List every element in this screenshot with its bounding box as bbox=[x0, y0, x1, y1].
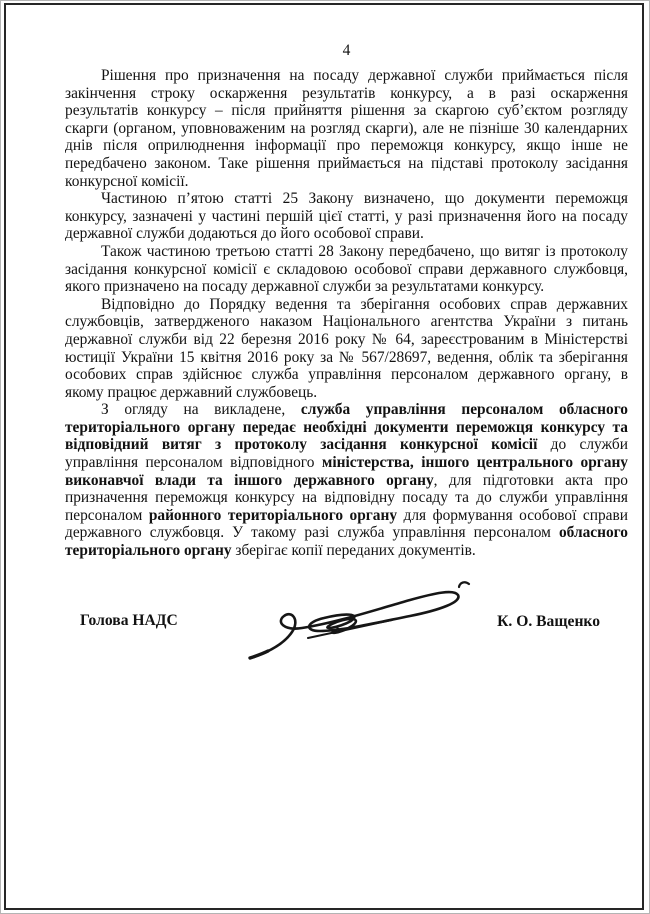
text-run: для формування особової справи bbox=[397, 507, 628, 524]
text-run: З огляду на викладене, bbox=[101, 401, 301, 418]
text-line: Також частиною третьою статті 28 Закону … bbox=[65, 243, 628, 261]
text-run: зберігає копії переданих документів. bbox=[232, 542, 476, 559]
text-line: закінчення строку оскарження результатів… bbox=[65, 85, 628, 103]
text-run: особових справ здійснює служба управлінн… bbox=[65, 366, 628, 383]
text-run: управління персоналом відповідного bbox=[65, 454, 322, 471]
text-line: засідання конкурсної комісії є складовою… bbox=[65, 261, 628, 279]
text-run: Також частиною третьою статті 28 Закону … bbox=[101, 243, 628, 260]
text-line: державного службовця. У такому разі служ… bbox=[65, 524, 628, 542]
text-line: конкурсної комісії. bbox=[65, 173, 628, 191]
text-line: юстиції України 15 квітня 2016 року за №… bbox=[65, 349, 628, 367]
text-line: управління персоналом відповідного мініс… bbox=[65, 454, 628, 472]
text-run: персоналом bbox=[65, 507, 149, 524]
text-line: якого призначено на посаду державної слу… bbox=[65, 278, 628, 296]
text-line: Рішення про призначення на посаду держав… bbox=[65, 67, 628, 85]
bold-run: районного територіального органу bbox=[149, 507, 397, 524]
text-run: передбачено законом. Таке рішення прийма… bbox=[65, 155, 628, 172]
text-line: відповідний витяг з протоколу засідання … bbox=[65, 436, 628, 454]
text-run: , для підготовки акта про bbox=[434, 472, 628, 489]
text-line: персоналом районного територіального орг… bbox=[65, 507, 628, 525]
signatory-name: К. О. Ващенко bbox=[497, 613, 600, 631]
text-run: Відповідно до Порядку ведення та зберіга… bbox=[101, 296, 628, 313]
text-line: службовців, затвердженого наказом Націон… bbox=[65, 313, 628, 331]
text-run: результатів конкурсу – після прийняття р… bbox=[65, 102, 628, 119]
text-run: державного службовця. У такому разі служ… bbox=[65, 524, 559, 541]
bold-run: міністерства, іншого центрального органу bbox=[322, 454, 628, 471]
text-run: службовців, затвердженого наказом Націон… bbox=[65, 313, 628, 330]
text-line: результатів конкурсу – після прийняття р… bbox=[65, 102, 628, 120]
text-line: виконавчої влади та іншого державного ор… bbox=[65, 472, 628, 490]
text-line: скарги (органом, уповноваженим на розгля… bbox=[65, 120, 628, 138]
text-run: конкурсної комісії. bbox=[65, 173, 189, 190]
paragraph: Частиною п’ятою статті 25 Закону визначе… bbox=[65, 190, 628, 243]
text-run: якого призначено на посаду державної слу… bbox=[65, 278, 544, 295]
text-line: якому працює державний службовець. bbox=[65, 384, 628, 402]
paragraph: Відповідно до Порядку ведення та зберіга… bbox=[65, 296, 628, 402]
bold-run: обласного bbox=[559, 524, 628, 541]
bold-run: територіального органу передає необхідні… bbox=[65, 419, 628, 436]
paragraph: Рішення про призначення на посаду держав… bbox=[65, 67, 628, 190]
signatory-title: Голова НАДС bbox=[80, 612, 178, 630]
text-run: державної служби додаються до його особо… bbox=[65, 225, 424, 242]
bold-run: відповідний витяг з протоколу засідання … bbox=[65, 436, 537, 453]
text-line: особових справ здійснює служба управлінн… bbox=[65, 366, 628, 384]
text-line: територіального органу передає необхідні… bbox=[65, 419, 628, 437]
text-run: якому працює державний службовець. bbox=[65, 384, 317, 401]
text-run: днів після оприлюднення інформації про п… bbox=[65, 137, 628, 154]
text-line: днів після оприлюднення інформації про п… bbox=[65, 137, 628, 155]
text-run: Частиною п’ятою статті 25 Закону визначе… bbox=[101, 190, 628, 207]
bold-run: служба управління персоналом обласного bbox=[301, 401, 628, 418]
text-run: скарги (органом, уповноваженим на розгля… bbox=[65, 120, 628, 137]
paragraph: З огляду на викладене, служба управління… bbox=[65, 401, 628, 559]
text-line: призначення переможця конкурсу на відпов… bbox=[65, 489, 628, 507]
text-line: передбачено законом. Таке рішення прийма… bbox=[65, 155, 628, 173]
text-run: державної служби від 22 березня 2016 рок… bbox=[65, 331, 628, 348]
text-run: Рішення про призначення на посаду держав… bbox=[101, 67, 628, 84]
bold-run: виконавчої влади та іншого державного ор… bbox=[65, 472, 434, 489]
text-run: закінчення строку оскарження результатів… bbox=[65, 85, 628, 102]
text-run: конкурсу, зазначені у частині першій ціє… bbox=[65, 208, 628, 225]
text-run: призначення переможця конкурсу на відпов… bbox=[65, 489, 628, 506]
paragraph: Також частиною третьою статті 28 Закону … bbox=[65, 243, 628, 296]
text-line: територіального органу зберігає копії пе… bbox=[65, 542, 628, 560]
text-line: Відповідно до Порядку ведення та зберіга… bbox=[65, 296, 628, 314]
document-body: Рішення про призначення на посаду держав… bbox=[65, 67, 628, 560]
bold-run: територіального органу bbox=[65, 542, 232, 559]
text-run: засідання конкурсної комісії є складовою… bbox=[65, 261, 628, 278]
text-line: З огляду на викладене, служба управління… bbox=[65, 401, 628, 419]
text-run: юстиції України 15 квітня 2016 року за №… bbox=[65, 349, 628, 366]
text-line: державної служби від 22 березня 2016 рок… bbox=[65, 331, 628, 349]
page-number: 4 bbox=[65, 42, 628, 60]
text-line: Частиною п’ятою статті 25 Закону визначе… bbox=[65, 190, 628, 208]
text-run: до служби bbox=[537, 436, 628, 453]
text-line: державної служби додаються до його особо… bbox=[65, 225, 628, 243]
handwritten-signature-icon bbox=[240, 570, 480, 670]
text-line: конкурсу, зазначені у частині першій ціє… bbox=[65, 208, 628, 226]
